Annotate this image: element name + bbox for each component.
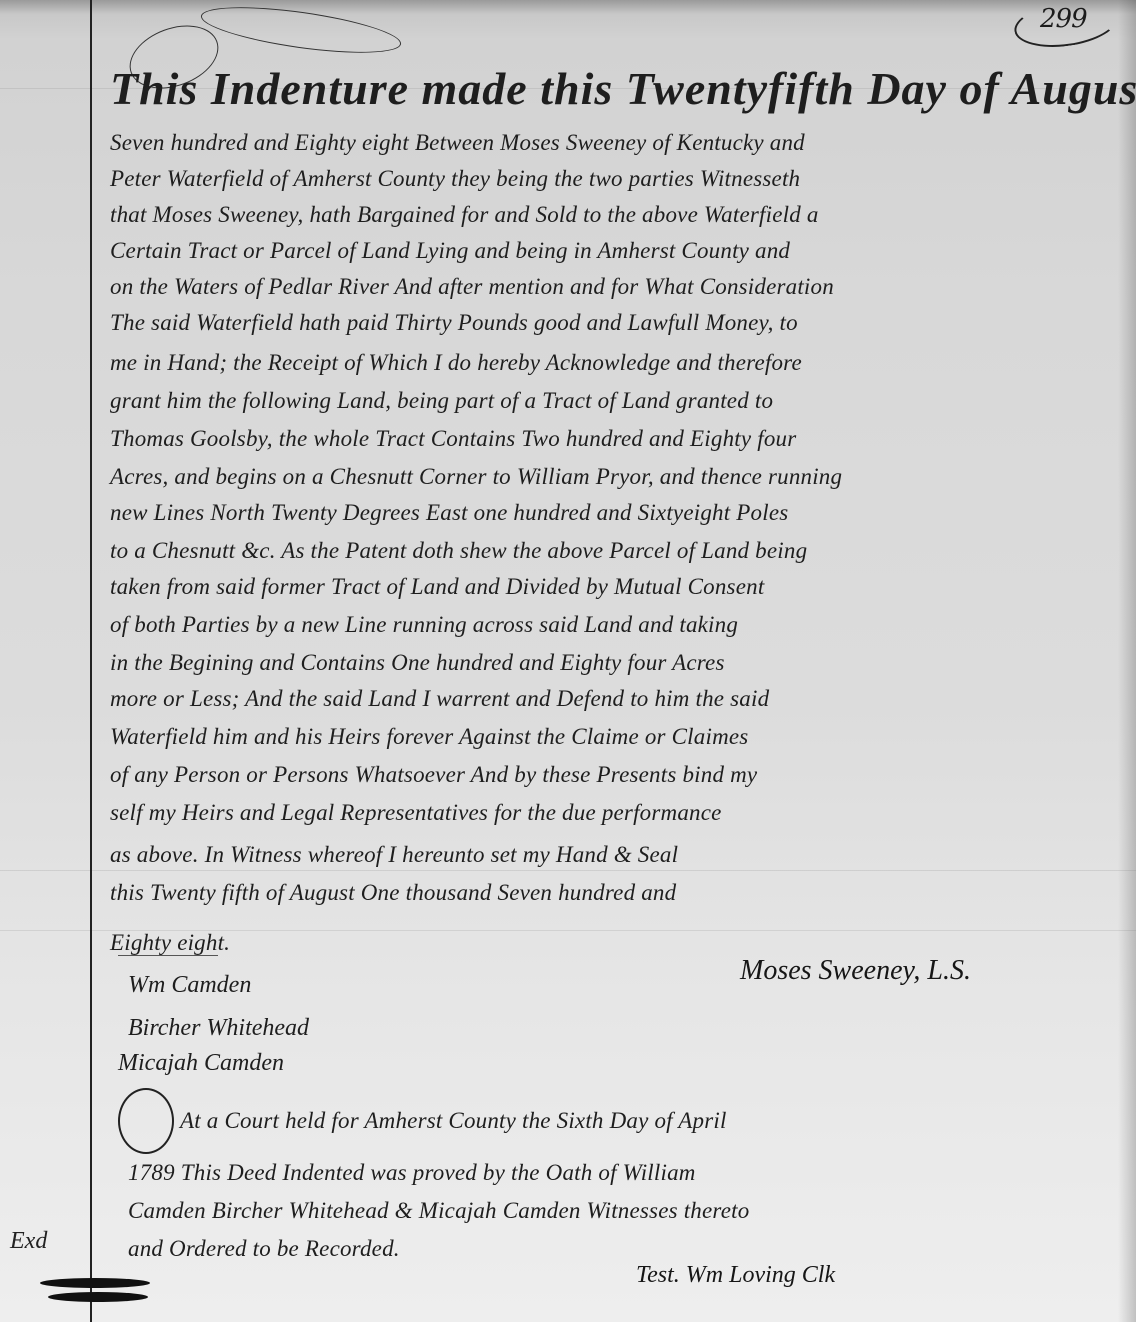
witness-name: Wm Camden (128, 972, 251, 999)
deed-line: Certain Tract or Parcel of Land Lying an… (110, 238, 790, 264)
court-record-line: and Ordered to be Recorded. (128, 1236, 400, 1262)
margin-rule (90, 0, 92, 1322)
document-page: 299 This Indenture made this Twentyfifth… (0, 0, 1136, 1322)
deed-line: This Indenture made this Twentyfifth Day… (110, 62, 1136, 115)
deed-line: of any Person or Persons Whatsoever And … (110, 762, 757, 788)
court-record-line: Camden Bircher Whitehead & Micajah Camde… (128, 1198, 749, 1224)
deed-line: me in Hand; the Receipt of Which I do he… (110, 350, 802, 376)
deed-line: Thomas Goolsby, the whole Tract Contains… (110, 426, 796, 452)
end-mark (48, 1292, 148, 1302)
deed-line: on the Waters of Pedlar River And after … (110, 274, 834, 300)
court-record-line: 1789 This Deed Indented was proved by th… (128, 1160, 696, 1186)
witness-name: Bircher Whitehead (128, 1015, 309, 1042)
underline (118, 955, 218, 956)
deed-line: as above. In Witness whereof I hereunto … (110, 842, 678, 868)
deed-line: Acres, and begins on a Chesnutt Corner t… (110, 464, 842, 490)
deed-line: Eighty eight. (110, 930, 230, 956)
page-edge-shadow (1118, 0, 1136, 1322)
deed-line: of both Parties by a new Line running ac… (110, 612, 738, 638)
deed-line: The said Waterfield hath paid Thirty Pou… (110, 310, 798, 336)
deed-line: that Moses Sweeney, hath Bargained for a… (110, 202, 819, 228)
flourish-decoration (198, 0, 403, 62)
clerk-attestation: Test. Wm Loving Clk (636, 1262, 835, 1289)
flourish-capital (118, 1088, 174, 1154)
deed-line: self my Heirs and Legal Representatives … (110, 800, 722, 826)
deed-line: in the Begining and Contains One hundred… (110, 650, 725, 676)
deed-line: more or Less; And the said Land I warren… (110, 686, 769, 712)
deed-line: new Lines North Twenty Degrees East one … (110, 500, 788, 526)
deed-line: taken from said former Tract of Land and… (110, 574, 764, 600)
ruled-line (0, 870, 1136, 871)
deed-line: Peter Waterfield of Amherst County they … (110, 166, 800, 192)
end-mark (40, 1278, 150, 1288)
deed-line: to a Chesnutt &c. As the Patent doth she… (110, 538, 807, 564)
grantor-signature: Moses Sweeney, L.S. (740, 955, 971, 987)
court-record-line: At a Court held for Amherst County the S… (180, 1108, 727, 1134)
deed-line: this Twenty fifth of August One thousand… (110, 880, 676, 906)
folio-number: 299 (1040, 4, 1087, 34)
deed-line: Waterfield him and his Heirs forever Aga… (110, 724, 748, 750)
deed-line: Seven hundred and Eighty eight Between M… (110, 130, 805, 156)
margin-note: Exd (10, 1228, 47, 1255)
deed-line: grant him the following Land, being part… (110, 388, 773, 414)
witness-name: Micajah Camden (118, 1050, 284, 1077)
